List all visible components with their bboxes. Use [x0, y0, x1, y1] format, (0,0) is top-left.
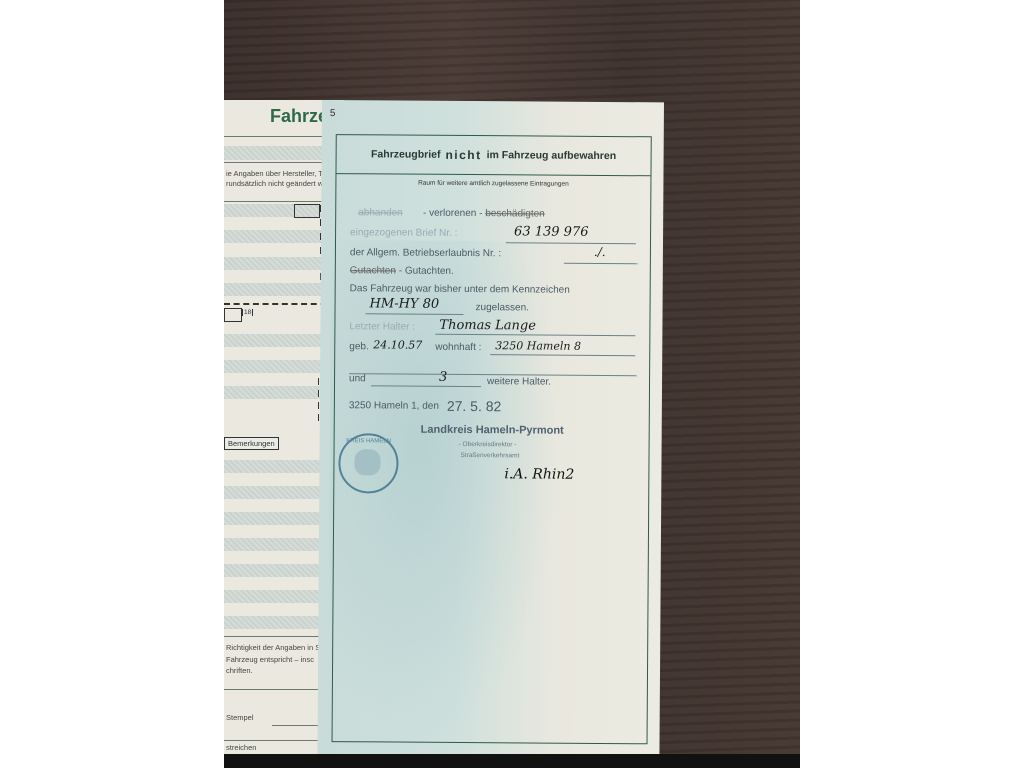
header-text-2: im Fahrzeug aufbewahren	[487, 149, 617, 162]
fill-line	[435, 334, 635, 336]
fill-line	[371, 385, 481, 387]
fill-line	[564, 263, 638, 265]
wohnhaft-value: 3250 Hameln 8	[495, 339, 581, 353]
form-header: Fahrzeugbrief nicht im Fahrzeug aufbewah…	[336, 135, 650, 176]
field-box	[224, 308, 242, 322]
field-box	[294, 204, 320, 218]
shaded-row	[224, 283, 334, 296]
shaded-row	[224, 230, 334, 243]
struck-abhanden: abhanden	[358, 207, 420, 218]
authority-dept: - Oberkreisdirektor -	[459, 441, 517, 448]
form-subheading: Raum für weitere amtlich zugelassene Ein…	[336, 179, 650, 188]
kennzeichen-value: HM-HY 80	[370, 296, 440, 311]
verloren-text: - verlorenen -	[423, 208, 483, 219]
und-label: und	[349, 373, 366, 384]
dashed-separator	[224, 303, 336, 305]
fill-line	[366, 313, 464, 315]
shaded-row	[224, 564, 334, 577]
signature: i.A. Rhin2	[504, 466, 574, 482]
shaded-row	[224, 257, 334, 270]
geb-value: 24.10.57	[373, 338, 422, 351]
page-number: 5	[330, 108, 336, 119]
weitere-halter-text: weitere Halter.	[487, 376, 551, 387]
authority-office: Straßenverkehrsamt	[460, 452, 519, 459]
brief-label-text: eingezogenen Brief Nr. :	[350, 227, 457, 239]
fahrzeugbrief-page: 5 Fahrzeugbrief nicht im Fahrzeug aufbew…	[317, 100, 664, 758]
brief-nr-value: 63 139 976	[514, 224, 589, 240]
back-footer-line-3: chriften.	[226, 666, 253, 676]
shaded-row	[224, 334, 334, 347]
shadow-edge	[224, 754, 800, 768]
wohnhaft-label: wohnhaft :	[435, 342, 481, 353]
authority-name: Landkreis Hameln-Pyrmont	[421, 424, 564, 437]
struck-gutachten: Gutachten	[350, 265, 396, 276]
form-frame: Fahrzeugbrief nicht im Fahrzeug aufbewah…	[332, 134, 652, 744]
betrieb-label: der Allgem. Betriebserlaubnis Nr. :	[350, 247, 501, 259]
coat-of-arms-icon	[354, 449, 380, 475]
struck-beschaedigt: beschädigten	[485, 208, 545, 219]
back-info-line-2: rundsätzlich nicht geändert wer	[226, 179, 330, 189]
shaded-row	[224, 538, 334, 551]
halter-count: 3	[439, 370, 447, 385]
header-text-1: Fahrzeugbrief	[371, 148, 441, 160]
field-number: 18	[242, 309, 253, 316]
kennzeichen-label: Das Fahrzeug war bisher unter dem Kennze…	[350, 283, 570, 296]
official-stamp: KREIS HAMELN	[338, 433, 398, 493]
shaded-row	[224, 360, 334, 373]
line-status: abhanden - verlorenen - beschädigten	[358, 207, 545, 219]
back-footer-line-1: Richtigkeit der Angaben in S	[226, 643, 320, 653]
bottom-label: streichen	[226, 743, 256, 753]
fill-line	[490, 354, 635, 356]
zugelassen-text: zugelassen.	[476, 302, 529, 313]
stamp-text: KREIS HAMELN	[341, 435, 397, 444]
document-photo: Fahrzeu ie Angaben über Hersteller, Typ …	[224, 0, 800, 768]
halter-label: Letzter Halter :	[349, 321, 415, 332]
remarks-label: Bemerkungen	[224, 437, 279, 450]
back-footer-line-2: Fahrzeug entspricht – insc	[226, 655, 314, 665]
place-date-label: 3250 Hameln 1, den	[349, 400, 439, 412]
halter-value: Thomas Lange	[439, 318, 536, 334]
stamp-label: Stempel	[226, 713, 254, 723]
shaded-row	[224, 486, 334, 499]
gutachten-text: - Gutachten.	[399, 266, 454, 277]
gutachten-line: Gutachten - Gutachten.	[350, 265, 454, 277]
fill-line	[506, 242, 636, 244]
shaded-row	[224, 460, 334, 473]
shaded-row	[224, 512, 334, 525]
shaded-row	[224, 146, 334, 160]
date-value: 27. 5. 82	[447, 398, 502, 414]
header-emphasis: nicht	[445, 148, 481, 162]
back-info-line-1: ie Angaben über Hersteller, Typ	[226, 169, 331, 179]
geb-label: geb.	[349, 341, 369, 352]
brief-nr-label: eingezogenen Brief Nr. :	[350, 227, 457, 239]
betrieb-value: ./.	[594, 245, 606, 259]
